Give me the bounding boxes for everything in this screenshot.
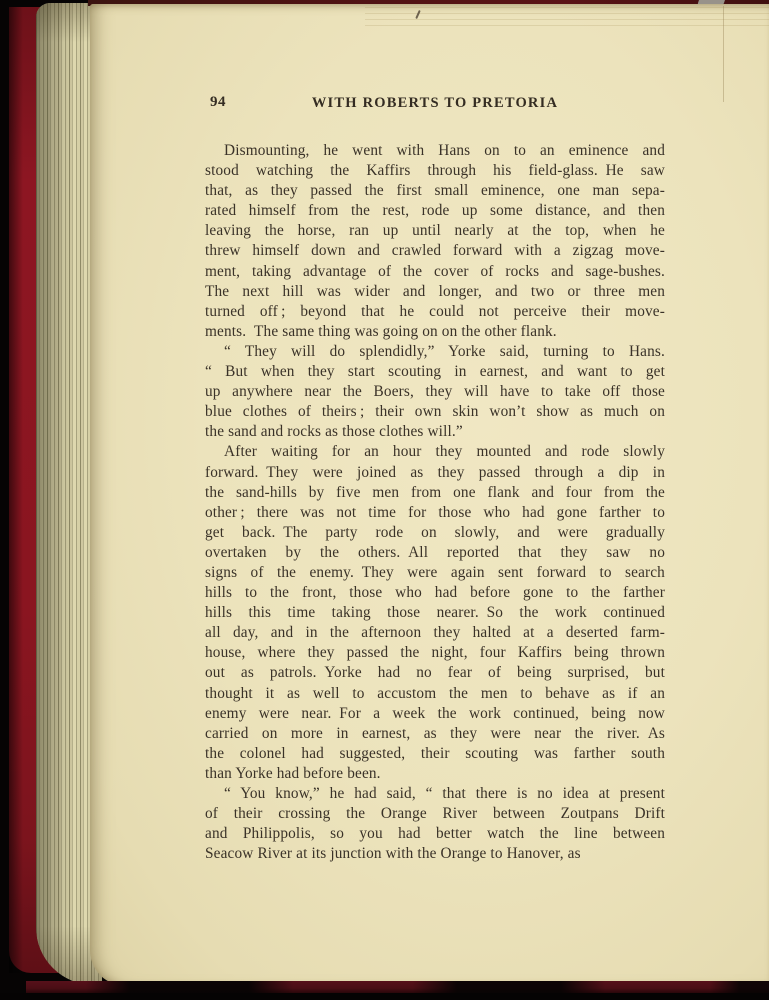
text-line: blue clothes of theirs ; their own skin … [205,402,665,422]
text-line: “ But when they start scouting in earnes… [205,362,665,382]
text-line: than Yorke had before been. [205,764,665,784]
text-line: ment, taking advantage of the cover of r… [205,262,665,282]
text-line: After waiting for an hour they mounted a… [205,442,665,462]
background-bottom [0,993,769,1000]
text-line: leaving the horse, ran up until nearly a… [205,221,665,241]
text-line: rated himself from the rest, rode up som… [205,201,665,221]
text-line: “ They will do splendidly,” Yorke said, … [205,342,665,362]
scanned-book-photo: 94 WITH ROBERTS TO PRETORIA Dismounting,… [0,0,769,1000]
text-line: all day, and in the afternoon they halte… [205,623,665,643]
page-edge-line [723,6,724,102]
text-line: forward. They were joined as they passed… [205,463,665,483]
text-block: Dismounting, he went with Hans on to an … [205,141,665,864]
text-line: carried on more in earnest, as they were… [205,724,665,744]
text-line: ments. The same thing was going on on th… [205,322,665,342]
text-line: hills to the front, those who had before… [205,583,665,603]
running-title: WITH ROBERTS TO PRETORIA [205,95,665,112]
text-line: the sand and rocks as those clothes will… [205,422,665,442]
text-line: thought it as well to accustom the men t… [205,684,665,704]
text-line: overtaken by the others. All reported th… [205,543,665,563]
text-line: Dismounting, he went with Hans on to an … [205,141,665,161]
paragraph: After waiting for an hour they mounted a… [205,442,665,784]
text-line: get back. The party rode on slowly, and … [205,523,665,543]
text-line: threw himself down and crawled forward w… [205,241,665,261]
book-page: 94 WITH ROBERTS TO PRETORIA Dismounting,… [90,4,769,986]
paragraph: Dismounting, he went with Hans on to an … [205,141,665,342]
text-line: up anywhere near the Boers, they will ha… [205,382,665,402]
text-line: other ; there was not time for those who… [205,503,665,523]
text-line: house, where they passed the night, four… [205,643,665,663]
text-line: stood watching the Kaffirs through his f… [205,161,665,181]
text-line: the colonel had suggested, their scoutin… [205,744,665,764]
text-line: “ You know,” he had said, “ that there i… [205,784,665,804]
paragraph: “ You know,” he had said, “ that there i… [205,784,665,864]
text-line: turned off ; beyond that he could not pe… [205,302,665,322]
text-line: of their crossing the Orange River betwe… [205,804,665,824]
text-line: out as patrols. Yorke had no fear of bei… [205,663,665,683]
text-line: the sand-hills by five men from one flan… [205,483,665,503]
text-line: signs of the enemy. They were again sent… [205,563,665,583]
text-line: and Philippolis, so you had better watch… [205,824,665,844]
paragraph: “ They will do splendidly,” Yorke said, … [205,342,665,442]
text-line: enemy were near. For a week the work con… [205,704,665,724]
text-line: The next hill was wider and longer, and … [205,282,665,302]
text-line: Seacow River at its junction with the Or… [205,844,665,864]
text-line: that, as they passed the first small emi… [205,181,665,201]
text-line: hills this time taking those nearer. So … [205,603,665,623]
page-top-streaks [365,7,769,27]
book-cover-shadow [9,7,23,973]
